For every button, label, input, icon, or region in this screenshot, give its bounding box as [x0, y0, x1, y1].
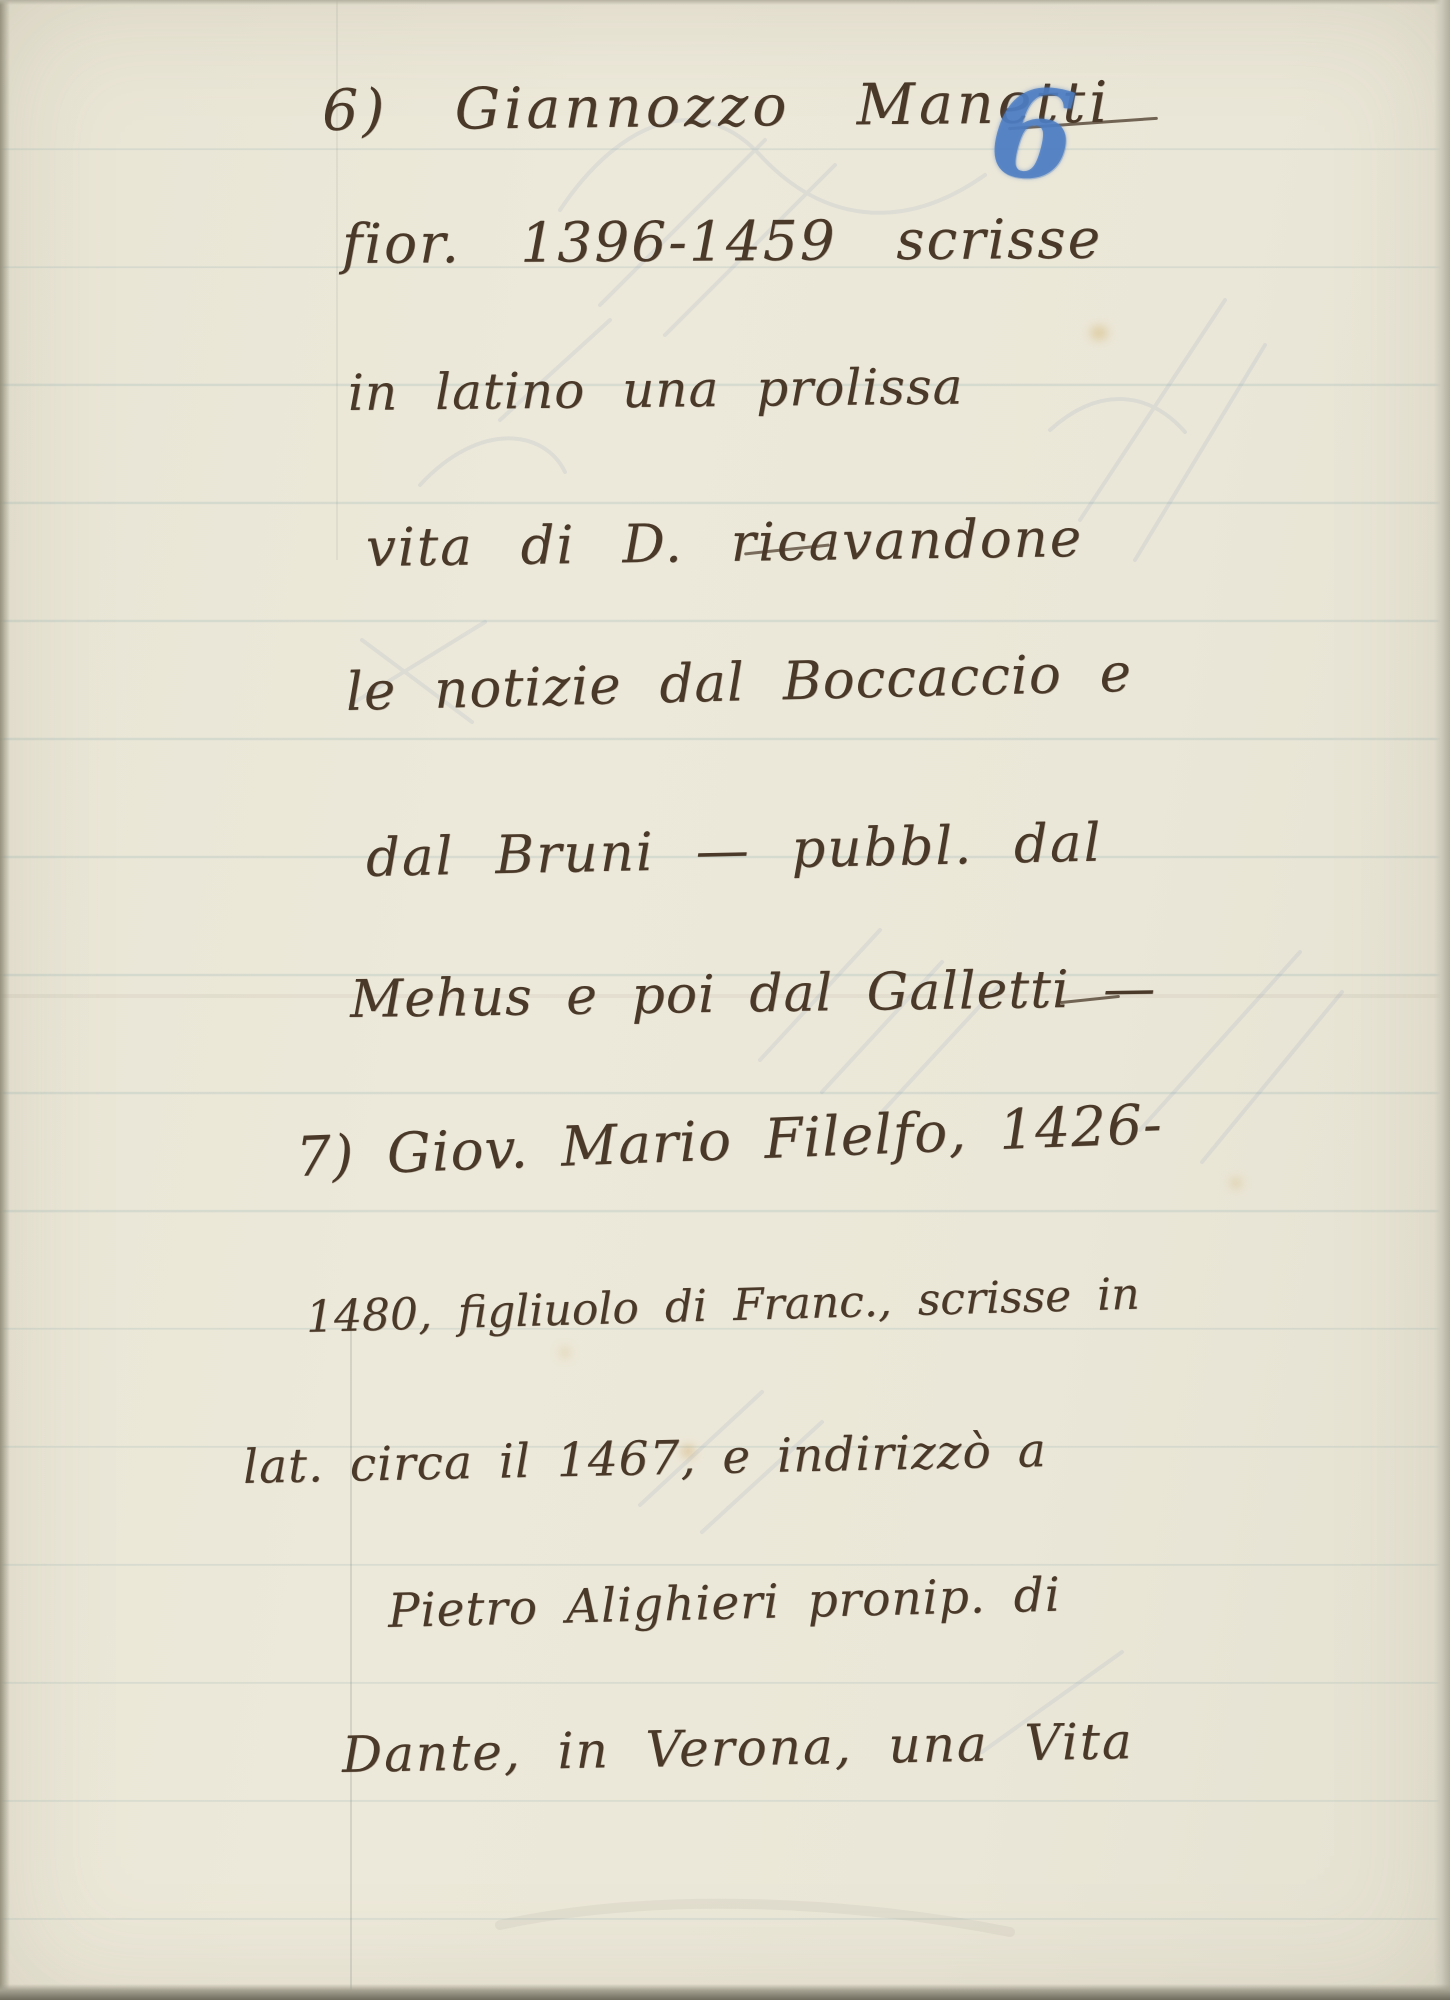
page-edge-left: [0, 0, 10, 2000]
page-edge-top: [0, 0, 1450, 5]
manuscript-page: 6) Giannozzo Manetti fior. 1396-1459 scr…: [0, 0, 1450, 2000]
manuscript-line: in latino una prolissa: [348, 358, 964, 422]
paper-stain: [1230, 1178, 1242, 1188]
paper-stain: [1090, 326, 1108, 340]
manuscript-line: Mehus e poi dal Galletti —: [350, 959, 1157, 1030]
page-edge-bottom: [0, 1984, 1450, 2000]
margin-crease: [350, 1320, 352, 2000]
paper-stain: [560, 1348, 570, 1357]
page-number-stamp: 6: [985, 59, 1080, 209]
manuscript-line: fior. 1396-1459 scrisse: [342, 207, 1103, 276]
manuscript-line: vita di D. ricavandone: [366, 508, 1084, 579]
page-edge-right: [1434, 0, 1450, 2000]
